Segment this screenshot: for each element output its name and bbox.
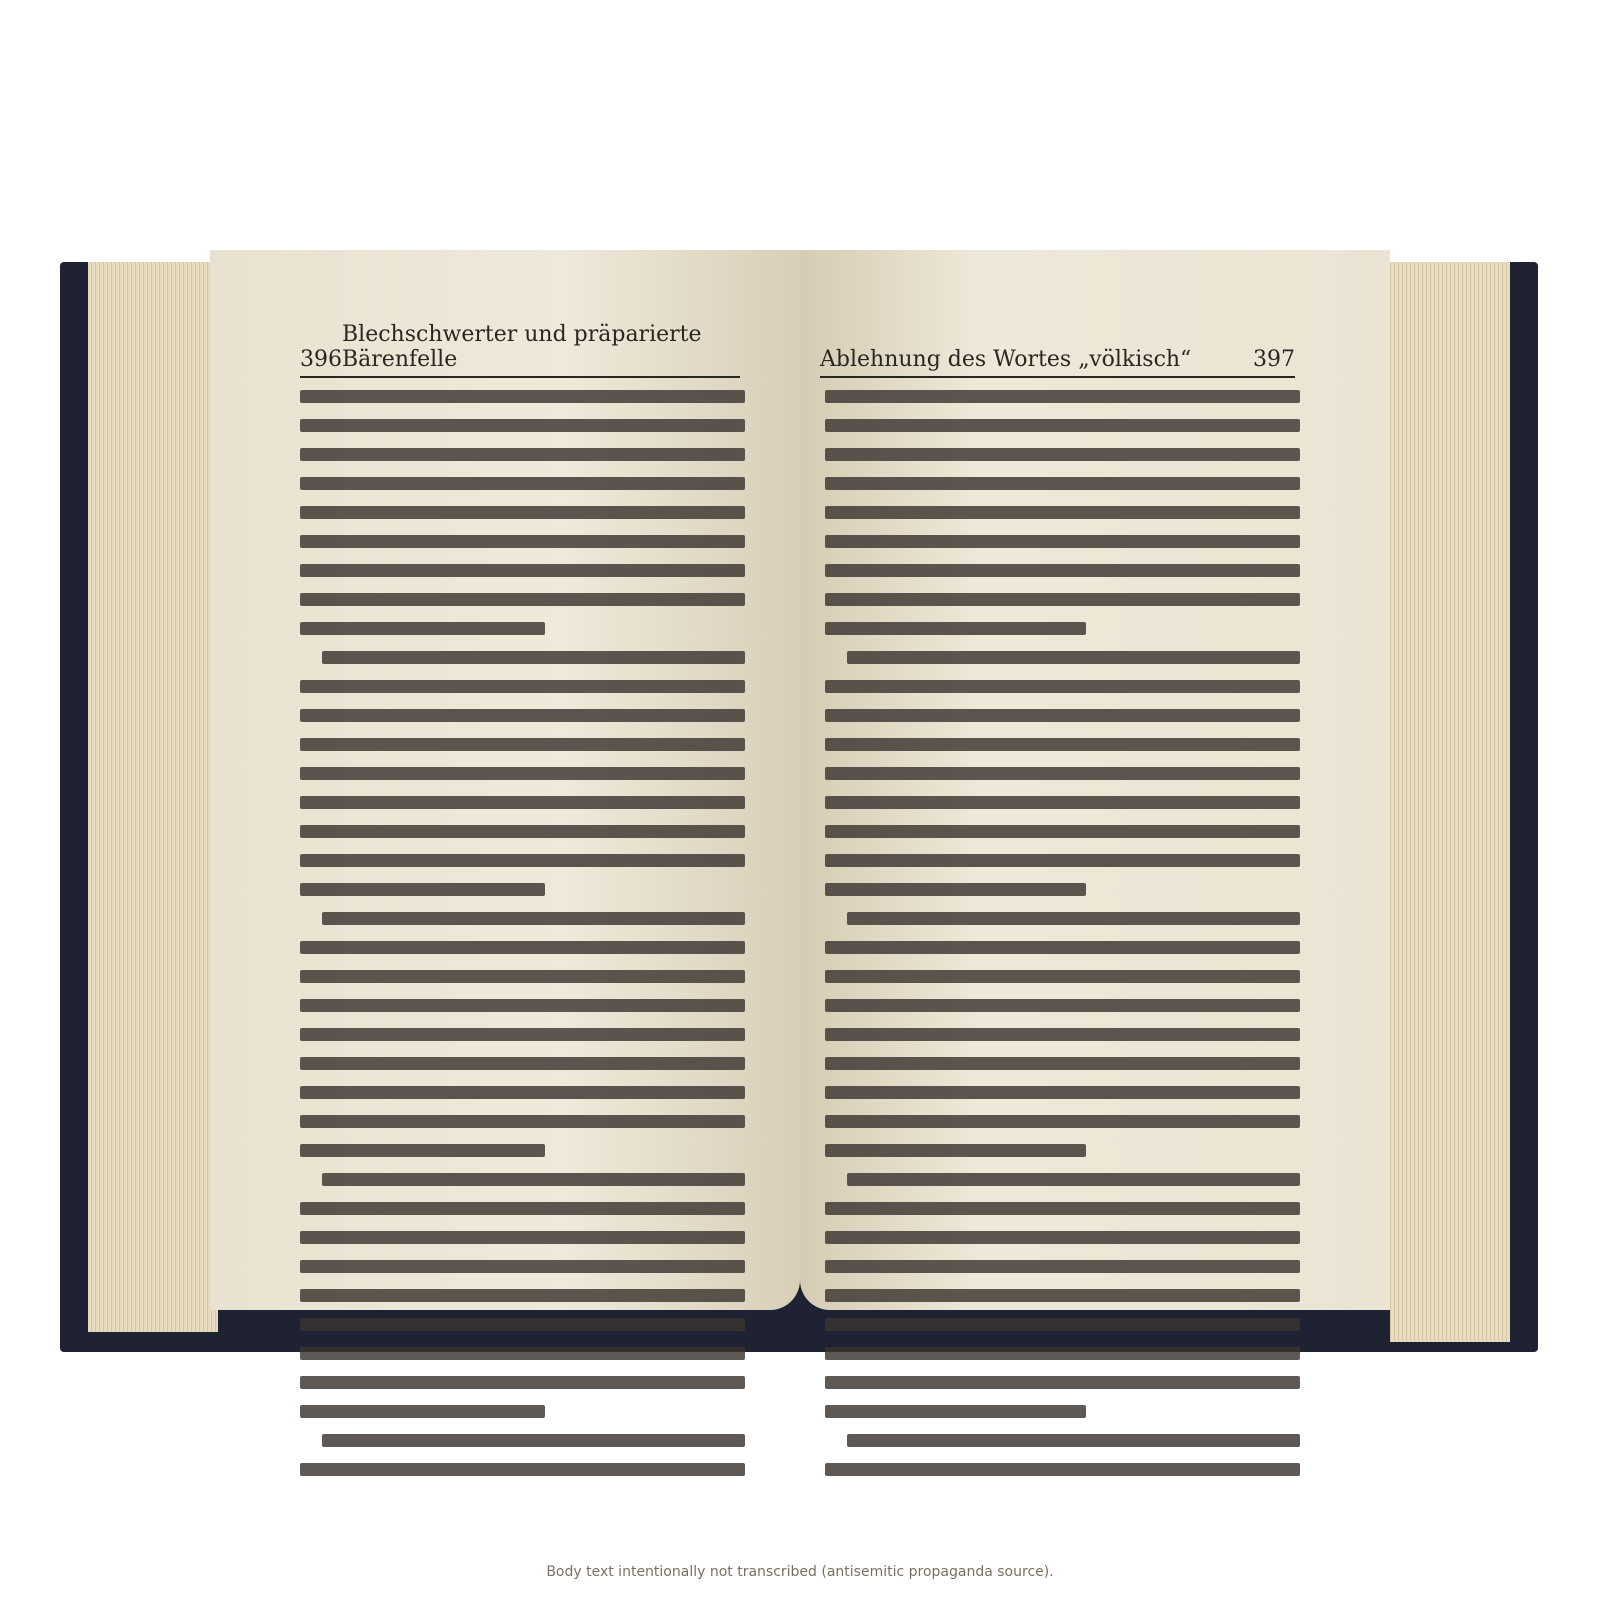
text-line-placeholder [300, 448, 745, 461]
text-line-placeholder [300, 1376, 745, 1389]
text-line-placeholder [825, 825, 1300, 838]
text-line-placeholder [825, 709, 1300, 722]
text-line-placeholder [300, 1260, 745, 1273]
right-page: Ablehnung des Wortes „völkisch“ 397 [800, 250, 1390, 1310]
text-line-placeholder [825, 1115, 1300, 1128]
text-line-placeholder [300, 1202, 745, 1215]
text-line-placeholder [300, 825, 745, 838]
text-line-placeholder [300, 1318, 745, 1331]
text-line-placeholder [847, 912, 1300, 925]
text-line-placeholder [825, 477, 1300, 490]
text-line-placeholder [300, 564, 745, 577]
text-line-placeholder [300, 622, 545, 635]
text-line-placeholder [825, 1057, 1300, 1070]
text-line-placeholder [300, 419, 745, 432]
text-line-placeholder [825, 941, 1300, 954]
chapter-heading: Ablehnung des Wortes „völkisch“ [820, 347, 1191, 372]
text-line-placeholder [825, 680, 1300, 693]
text-line-placeholder [825, 506, 1300, 519]
text-line-placeholder [322, 1173, 745, 1186]
text-line-placeholder [825, 1086, 1300, 1099]
text-line-placeholder [300, 1028, 745, 1041]
text-line-placeholder [300, 1086, 745, 1099]
text-line-placeholder [322, 651, 745, 664]
text-line-placeholder [300, 1115, 745, 1128]
text-line-placeholder [300, 854, 745, 867]
page-edges-right [1390, 262, 1510, 1342]
text-line-placeholder [825, 1376, 1300, 1389]
text-line-placeholder [825, 883, 1086, 896]
text-line-placeholder [300, 796, 745, 809]
text-line-placeholder [825, 1318, 1300, 1331]
text-line-placeholder [300, 506, 745, 519]
text-line-placeholder [825, 796, 1300, 809]
text-line-placeholder [847, 1434, 1300, 1447]
text-line-placeholder [825, 1202, 1300, 1215]
text-line-placeholder [825, 1289, 1300, 1302]
text-line-placeholder [825, 1260, 1300, 1273]
text-line-placeholder [300, 535, 745, 548]
text-line-placeholder [300, 1144, 545, 1157]
text-line-placeholder [300, 709, 745, 722]
text-line-placeholder [300, 1463, 745, 1476]
text-line-placeholder [825, 767, 1300, 780]
text-line-placeholder [825, 738, 1300, 751]
text-line-placeholder [300, 970, 745, 983]
text-line-placeholder [300, 477, 745, 490]
text-line-placeholder [825, 854, 1300, 867]
text-line-placeholder [300, 941, 745, 954]
left-body-placeholder [300, 390, 745, 1492]
text-line-placeholder [825, 1463, 1300, 1476]
left-running-head: 396 Blechschwerter und präparierte Bären… [300, 340, 740, 378]
text-line-placeholder [825, 622, 1086, 635]
transcription-note: Body text intentionally not transcribed … [0, 1564, 1600, 1580]
text-line-placeholder [300, 1231, 745, 1244]
text-line-placeholder [825, 970, 1300, 983]
text-line-placeholder [847, 1173, 1300, 1186]
text-line-placeholder [300, 767, 745, 780]
text-line-placeholder [825, 419, 1300, 432]
text-line-placeholder [300, 883, 545, 896]
text-line-placeholder [322, 1434, 745, 1447]
text-line-placeholder [300, 738, 745, 751]
text-line-placeholder [825, 1231, 1300, 1244]
page-edges-left [88, 262, 218, 1332]
left-page: 396 Blechschwerter und präparierte Bären… [210, 250, 800, 1310]
text-line-placeholder [300, 1347, 745, 1360]
text-line-placeholder [825, 1028, 1300, 1041]
text-line-placeholder [825, 390, 1300, 403]
page-number: 396 [300, 347, 342, 372]
text-line-placeholder [300, 1405, 545, 1418]
text-line-placeholder [825, 1144, 1086, 1157]
text-line-placeholder [825, 535, 1300, 548]
text-line-placeholder [825, 593, 1300, 606]
right-running-head: Ablehnung des Wortes „völkisch“ 397 [820, 340, 1295, 378]
text-line-placeholder [825, 1405, 1086, 1418]
chapter-heading: Blechschwerter und präparierte Bärenfell… [342, 322, 740, 372]
text-line-placeholder [847, 651, 1300, 664]
text-line-placeholder [300, 999, 745, 1012]
text-line-placeholder [300, 1289, 745, 1302]
page-number: 397 [1253, 347, 1295, 372]
text-line-placeholder [825, 1347, 1300, 1360]
right-body-placeholder [825, 390, 1300, 1492]
text-line-placeholder [825, 564, 1300, 577]
text-line-placeholder [825, 448, 1300, 461]
text-line-placeholder [825, 999, 1300, 1012]
text-line-placeholder [300, 1057, 745, 1070]
text-line-placeholder [322, 912, 745, 925]
text-line-placeholder [300, 390, 745, 403]
text-line-placeholder [300, 680, 745, 693]
text-line-placeholder [300, 593, 745, 606]
